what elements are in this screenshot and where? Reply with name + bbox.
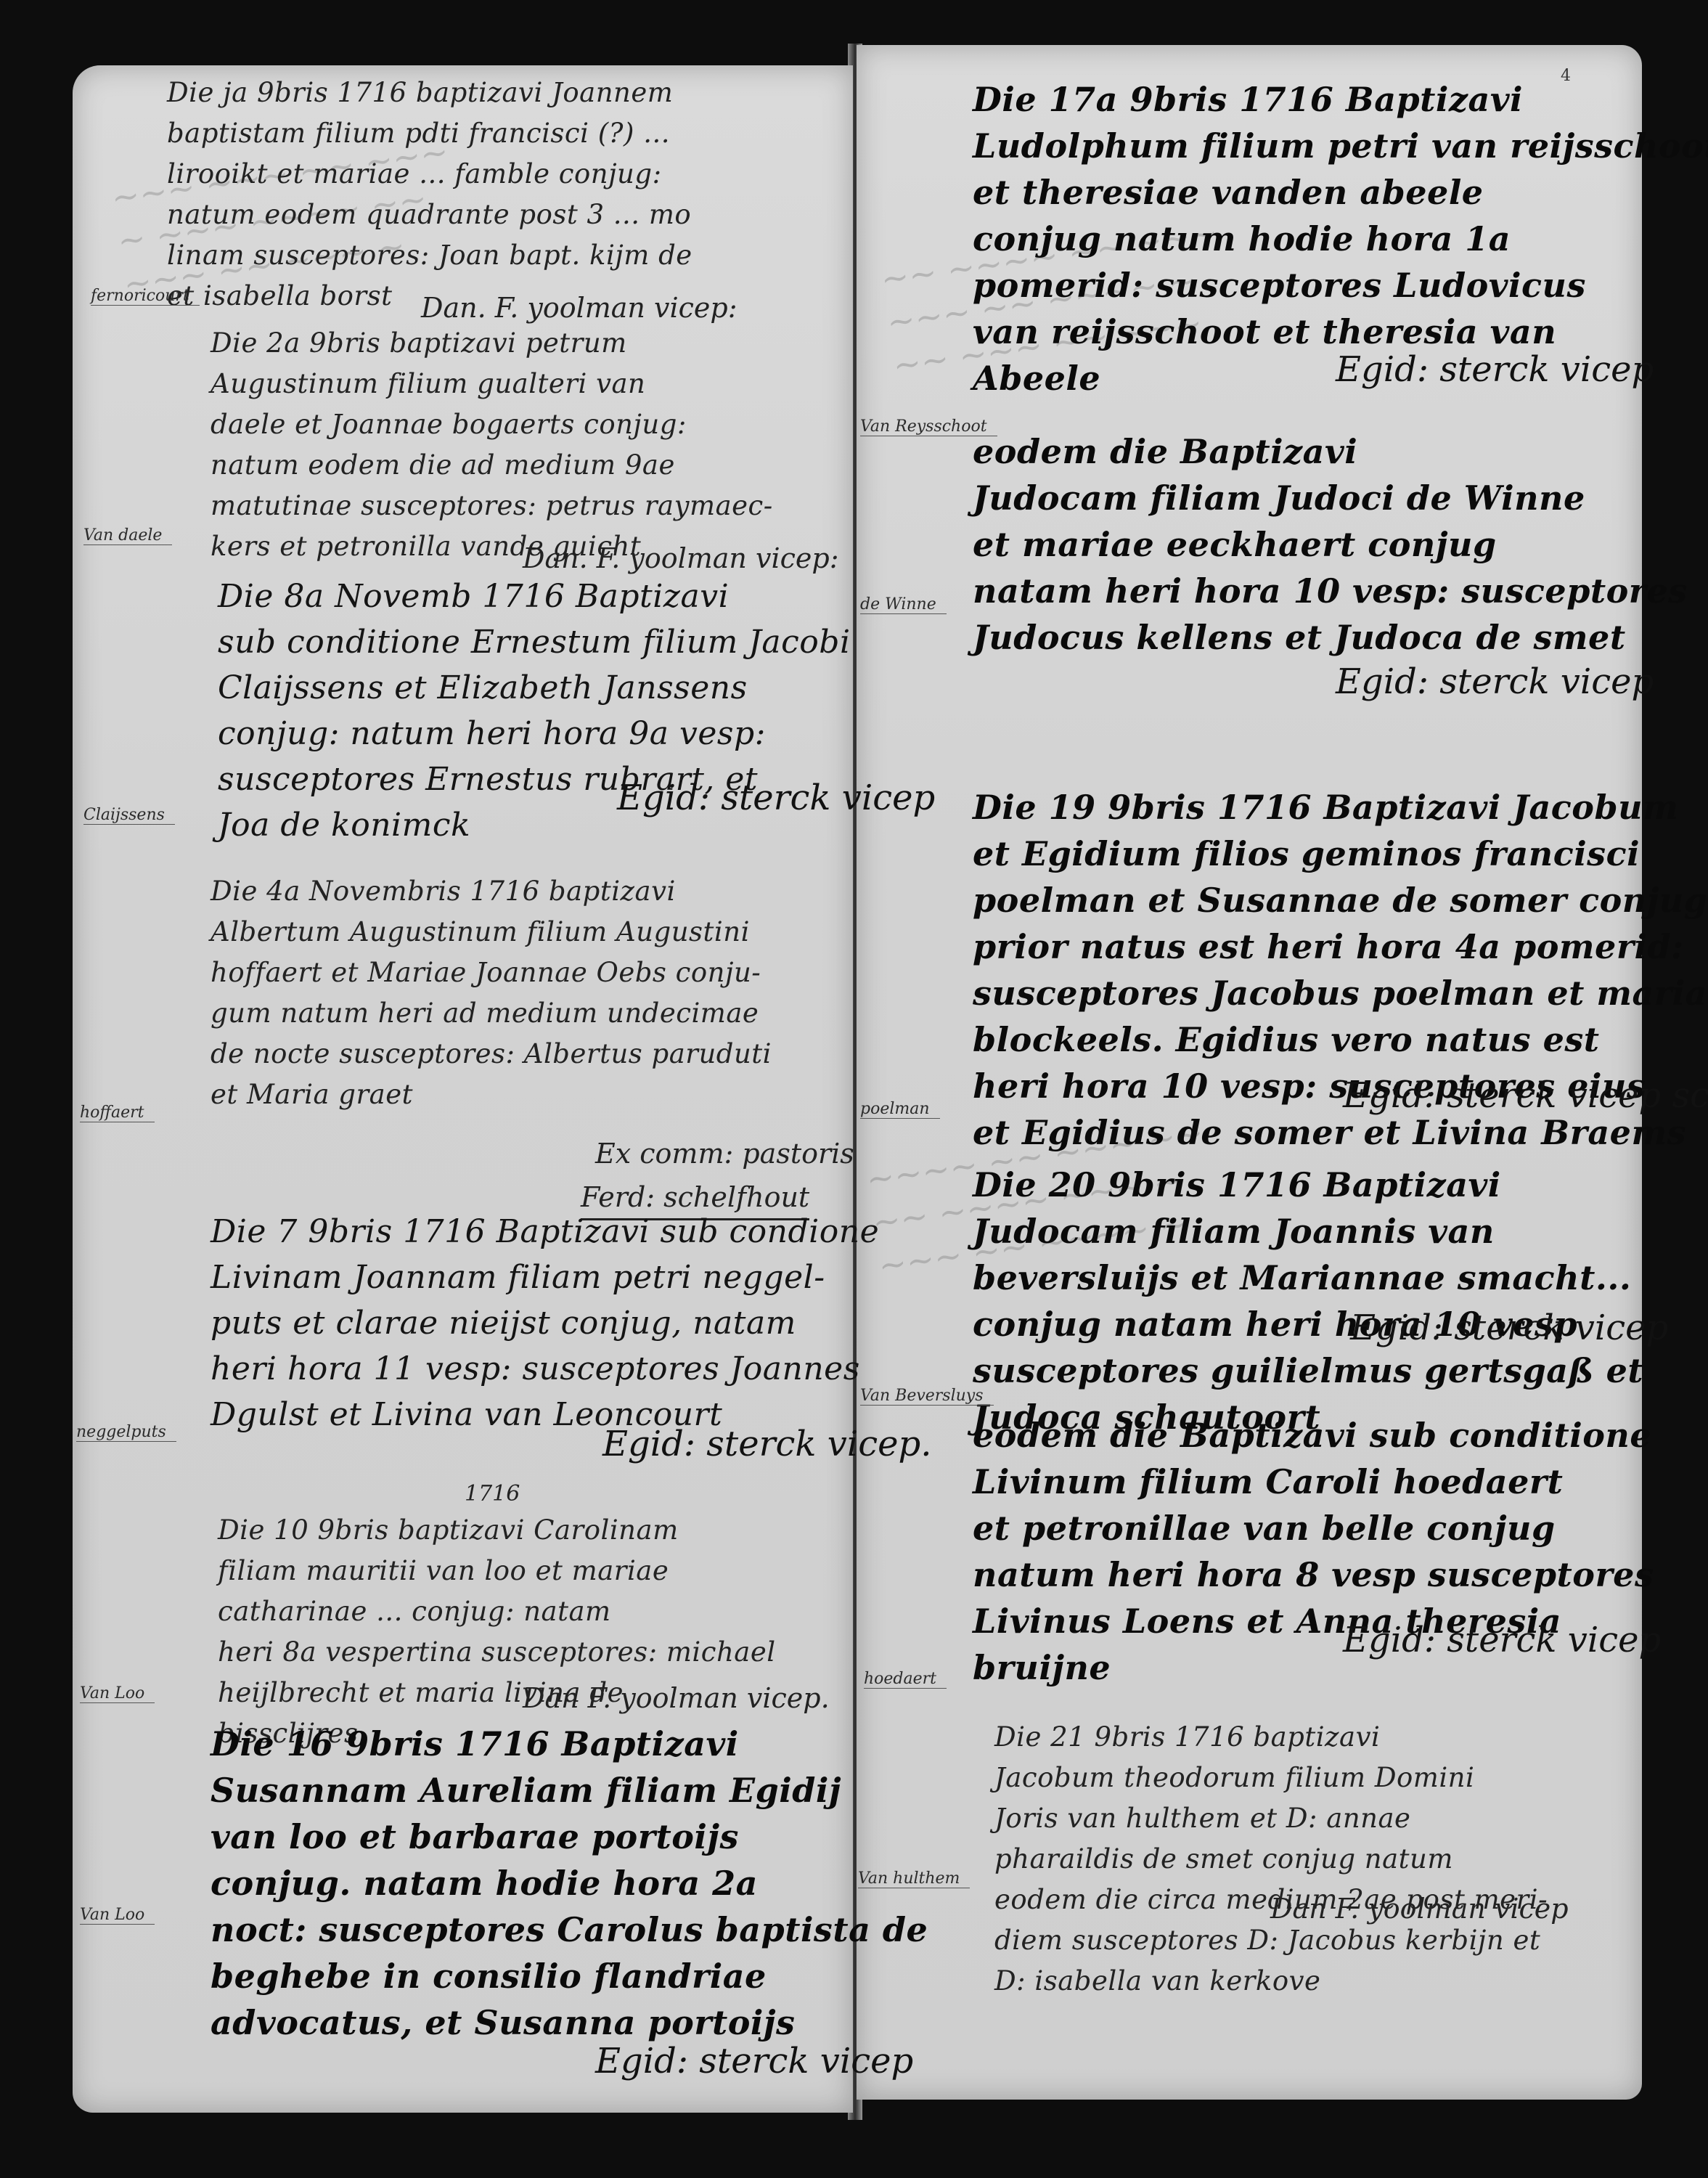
entry-line: Die 20 9bris 1716 Baptizavi: [973, 1162, 1643, 1208]
entry-line: natum eodem quadrante post 3 ... mo: [167, 195, 692, 235]
margin-surname: Van Loo: [80, 1906, 155, 1925]
margin-surname: hoedaert: [864, 1670, 947, 1689]
entry-line: blockeels. Egidius vero natus est: [973, 1016, 1708, 1063]
entry-line: Die 4a Novembris 1716 baptizavi: [211, 871, 772, 912]
entry-line: prior natus est heri hora 4a pomerid:: [973, 923, 1708, 970]
entry-line: susceptores guilielmus gertsgaß et: [973, 1347, 1643, 1394]
baptism-entry: Die 7 9bris 1716 Baptizavi sub condione …: [211, 1209, 879, 1437]
entry-line: D: isabella van kerkove: [994, 1961, 1548, 2002]
entry-line: pharaildis de smet conjug natum: [994, 1839, 1548, 1880]
entry-line: Livinum filium Caroli hoedaert: [973, 1459, 1654, 1505]
year-annotation: 1716: [465, 1481, 520, 1506]
entry-line: baptistam filium pdti francisci (?) ...: [167, 113, 692, 154]
entry-line: conjug: natum heri hora 9a vesp:: [218, 711, 851, 756]
entry-line: et Egidium filios geminos francisci: [973, 831, 1708, 877]
entry-line: Die 7 9bris 1716 Baptizavi sub condione: [211, 1209, 879, 1255]
entry-line: de nocte susceptores: Albertus paruduti: [211, 1034, 772, 1074]
entry-line: beghebe in consilio flandriae: [211, 1953, 928, 1999]
entry-line: heri 8a vespertina susceptores: michael: [218, 1632, 776, 1673]
entry-line: Die 21 9bris 1716 baptizavi: [994, 1717, 1548, 1758]
margin-surname: Van hulthem: [858, 1869, 970, 1888]
entry-line: Susannam Aureliam filiam Egidij: [211, 1767, 928, 1814]
entry-line: Livinam Joannam filiam petri neggel-: [211, 1255, 879, 1300]
entry-line: lirooikt et mariae ... famble conjug:: [167, 154, 692, 195]
priest-signature: Dan F. yoolman vicep.: [523, 1677, 830, 1719]
entry-line: Judocam filiam Judoci de Winne: [973, 475, 1688, 521]
baptism-entry: Die 16 9bris 1716 Baptizavi Susannam Aur…: [211, 1721, 928, 2046]
entry-line: et theresiae vanden abeele: [973, 169, 1708, 216]
priest-signature: Ex comm: pastoris: [595, 1133, 854, 1175]
entry-line: Claijssens et Elizabeth Janssens: [218, 665, 851, 711]
margin-surname: neggelputs: [76, 1423, 176, 1442]
entry-line: filiam mauritii van loo et mariae: [218, 1551, 776, 1591]
entry-line: conjug natum hodie hora 1a: [973, 216, 1708, 262]
entry-line: daele et Joannae bogaerts conjug:: [211, 404, 773, 445]
entry-line: et petronillae van belle conjug: [973, 1505, 1654, 1551]
baptism-entry: Die 2a 9bris baptizavi petrum Augustinum…: [211, 323, 773, 567]
entry-line: et Maria graet: [211, 1074, 772, 1115]
entry-line: Judocus kellens et Judoca de smet: [973, 614, 1688, 661]
priest-signature: Egid: sterck vicep: [617, 777, 935, 819]
priest-signature: Egid: sterck vicep.: [602, 1423, 932, 1465]
entry-line: Judocam filiam Joannis van: [973, 1208, 1643, 1255]
entry-line: natum heri hora 8 vesp susceptores: [973, 1551, 1654, 1598]
entry-line: Die 16 9bris 1716 Baptizavi: [211, 1721, 928, 1767]
margin-surname: Van Loo: [80, 1684, 155, 1703]
entry-line: Albertum Augustinum filium Augustini: [211, 912, 772, 953]
entry-line: puts et clarae nieijst conjug, natam: [211, 1300, 879, 1346]
baptism-entry: Die 21 9bris 1716 baptizavi Jacobum theo…: [994, 1717, 1548, 2002]
entry-line: susceptores Jacobus poelman et maria: [973, 970, 1708, 1016]
entry-line: van loo et barbarae portoijs: [211, 1814, 928, 1860]
entry-line: Ludolphum filium petri van reijsschoot: [973, 123, 1708, 169]
baptism-entry: eodem die Baptizavi Judocam filiam Judoc…: [973, 428, 1688, 661]
margin-surname: Van daele: [83, 526, 172, 545]
priest-signature: Egid: sterck vicep schalb: [1343, 1074, 1708, 1117]
priest-signature: Egid: sterck vicep: [1336, 661, 1654, 703]
entry-line: heri hora 11 vesp: susceptores Joannes: [211, 1346, 879, 1392]
entry-line: et mariae eeckhaert conjug: [973, 521, 1688, 568]
entry-line: pomerid: susceptores Ludovicus: [973, 262, 1708, 309]
entry-line: Joris van hulthem et D: annae: [994, 1798, 1548, 1839]
entry-line: Die 2a 9bris baptizavi petrum: [211, 323, 773, 364]
margin-surname: de Winne: [860, 595, 947, 614]
priest-signature: Egid: sterck vicep: [1336, 348, 1654, 391]
entry-line: Augustinum filium gualteri van: [211, 364, 773, 404]
entry-line: Jacobum theodorum filium Domini: [994, 1758, 1548, 1798]
entry-line: noct: susceptores Carolus baptista de: [211, 1906, 928, 1953]
priest-signature: Egid: sterck vicep: [1343, 1619, 1661, 1661]
baptism-entry: Die ja 9bris 1716 baptizavi Joannem bapt…: [167, 73, 692, 317]
entry-line: Die 17a 9bris 1716 Baptizavi: [973, 76, 1708, 123]
entry-line: beversluijs et Mariannae smacht...: [973, 1255, 1643, 1301]
margin-surname: Claijssens: [83, 806, 175, 825]
margin-surname: Van Beversluys: [860, 1387, 994, 1406]
priest-signature: Egid: sterck vicep: [595, 2040, 913, 2082]
entry-line: conjug. natam hodie hora 2a: [211, 1860, 928, 1906]
entry-line: advocatus, et Susanna portoijs: [211, 1999, 928, 2046]
entry-line: catharinae ... conjug: natam: [218, 1591, 776, 1632]
entry-line: poelman et Susannae de somer conjug.: [973, 877, 1708, 923]
priest-signature: Dan F. yoolman vicep: [1270, 1888, 1569, 1930]
entry-line: natam heri hora 10 vesp: susceptores: [973, 568, 1688, 614]
entry-line: sub conditione Ernestum filium Jacobi: [218, 619, 851, 665]
entry-line: linam susceptores: Joan bapt. kijm de: [167, 235, 692, 276]
entry-line: hoffaert et Mariae Joannae Oebs conju-: [211, 953, 772, 993]
entry-line: Die 10 9bris baptizavi Carolinam: [218, 1510, 776, 1551]
margin-surname: poelman: [860, 1100, 940, 1119]
entry-line: natum eodem die ad medium 9ae: [211, 445, 773, 486]
entry-line: eodem die Baptizavi sub conditione: [973, 1412, 1654, 1459]
priest-signature: Egid: sterck vicep: [1350, 1307, 1668, 1349]
margin-surname: fernoricourt: [91, 287, 200, 306]
entry-line: matutinae susceptores: petrus raymaec-: [211, 486, 773, 526]
margin-surname: hoffaert: [80, 1104, 155, 1122]
baptism-entry: Die 4a Novembris 1716 baptizavi Albertum…: [211, 871, 772, 1115]
entry-line: Die ja 9bris 1716 baptizavi Joannem: [167, 73, 692, 113]
baptism-entry: Die 20 9bris 1716 Baptizavi Judocam fili…: [973, 1162, 1643, 1440]
entry-line: eodem die Baptizavi: [973, 428, 1688, 475]
entry-line: Die 19 9bris 1716 Baptizavi Jacobum: [973, 784, 1708, 831]
entry-line: gum natum heri ad medium undecimae: [211, 993, 772, 1034]
entry-line: Die 8a Novemb 1716 Baptizavi: [218, 574, 851, 619]
